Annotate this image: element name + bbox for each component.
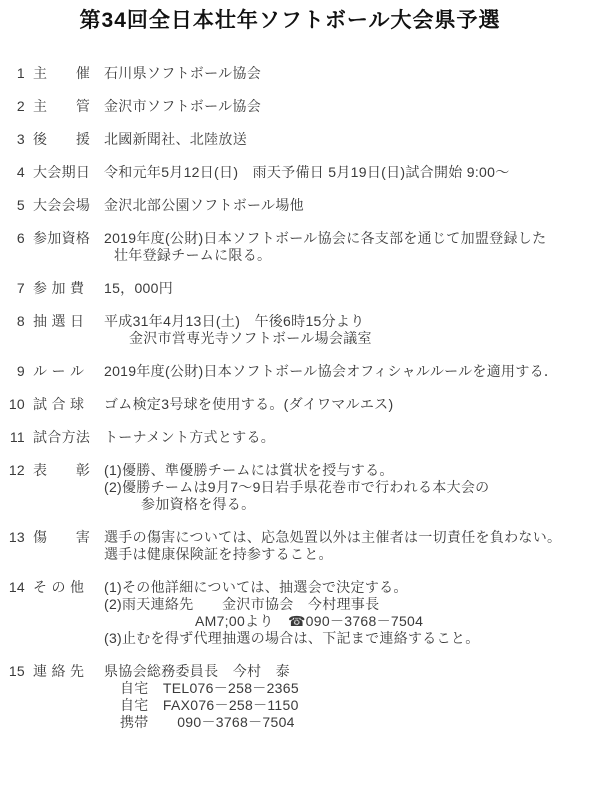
- page-title: 第34回全日本壮年ソフトボール大会県予選: [4, 7, 576, 35]
- content-line: 金沢市ソフトボール協会: [104, 98, 590, 115]
- item-label: 参 加 費: [33, 280, 104, 297]
- item-content: トーナメント方式とする。: [104, 429, 590, 446]
- doc-item: 5 大会会場 金沢北部公園ソフトボール場他: [4, 197, 590, 214]
- content-line: 金沢市営専光寺ソフトボール場会議室: [104, 330, 590, 347]
- content-line: 参加資格を得る。: [104, 496, 590, 513]
- item-content: 選手の傷害については、応急処置以外は主催者は一切責任を負わない。 選手は健康保険…: [104, 529, 590, 563]
- content-line: 選手の傷害については、応急処置以外は主催者は一切責任を負わない。: [104, 529, 590, 546]
- content-line: 金沢北部公園ソフトボール場他: [104, 197, 590, 214]
- content-line: ゴム検定3号球を使用する。(ダイワマルエス): [104, 396, 590, 413]
- doc-item: 1 主 催 石川県ソフトボール協会: [4, 65, 590, 82]
- content-line: 北國新聞社、北陸放送: [104, 131, 590, 148]
- content-line: 自宅 TEL076－258－2365: [104, 680, 590, 697]
- item-label: ル ー ル: [33, 363, 104, 380]
- item-number: 9: [4, 363, 25, 380]
- item-label: 試 合 球: [33, 396, 104, 413]
- item-content: 2019年度(公財)日本ソフトボール協会に各支部を通じて加盟登録した 壮年登録チ…: [104, 230, 590, 264]
- item-label: 連 絡 先: [33, 663, 104, 680]
- content-line: (2)雨天連絡先 金沢市協会 今村理事長: [104, 596, 590, 613]
- item-label: 試合方法: [33, 429, 104, 446]
- item-number: 6: [4, 230, 25, 247]
- item-label: 表 彰: [33, 462, 104, 479]
- item-content: 平成31年4月13日(土) 午後6時15分より 金沢市営専光寺ソフトボール場会議…: [104, 313, 590, 347]
- item-content: 15，000円: [104, 280, 590, 297]
- doc-item: 12 表 彰 (1)優勝、準優勝チームには賞状を授与する。 (2)優勝チームは9…: [4, 462, 590, 513]
- item-content: 石川県ソフトボール協会: [104, 65, 590, 82]
- doc-item: 14 そ の 他 (1)その他詳細については、抽選会で決定する。 (2)雨天連絡…: [4, 579, 590, 647]
- item-number: 15: [4, 663, 25, 680]
- content-line phone-line: AM7;00より ☎090－3768－7504: [104, 613, 590, 630]
- doc-item: 11 試合方法 トーナメント方式とする。: [4, 429, 590, 446]
- item-label: 主 催: [33, 65, 104, 82]
- content-line: 県協会総務委員長 今村 泰: [104, 663, 590, 680]
- doc-item: 9 ル ー ル 2019年度(公財)日本ソフトボール協会オフィシャルルールを適用…: [4, 363, 590, 380]
- content-line: 選手は健康保険証を持参すること。: [104, 546, 590, 563]
- content-line: (2)優勝チームは9月7～9日岩手県花巻市で行われる本大会の: [104, 479, 590, 496]
- item-number: 10: [4, 396, 25, 413]
- item-content: ゴム検定3号球を使用する。(ダイワマルエス): [104, 396, 590, 413]
- item-content: (1)その他詳細については、抽選会で決定する。 (2)雨天連絡先 金沢市協会 今…: [104, 579, 590, 647]
- item-number: 8: [4, 313, 25, 330]
- item-content: 2019年度(公財)日本ソフトボール協会オフィシャルルールを適用する．: [104, 363, 590, 380]
- item-list: 1 主 催 石川県ソフトボール協会 2 主 管 金沢市ソフトボール協会 3 後 …: [4, 65, 590, 731]
- content-line: 自宅 FAX076－258－1150: [104, 697, 590, 714]
- content-line: トーナメント方式とする。: [104, 429, 590, 446]
- item-number: 1: [4, 65, 25, 82]
- content-line: (1)その他詳細については、抽選会で決定する。: [104, 579, 590, 596]
- item-label: 大会期日: [33, 164, 104, 181]
- content-line: 2019年度(公財)日本ソフトボール協会に各支部を通じて加盟登録した: [104, 230, 590, 247]
- item-content: 金沢市ソフトボール協会: [104, 98, 590, 115]
- item-number: 7: [4, 280, 25, 297]
- content-line: 壮年登録チームに限る。: [104, 247, 590, 264]
- item-number: 12: [4, 462, 25, 479]
- item-content: 県協会総務委員長 今村 泰 自宅 TEL076－258－2365 自宅 FAX0…: [104, 663, 590, 731]
- content-line: 15，000円: [104, 280, 590, 297]
- item-label: そ の 他: [33, 579, 104, 596]
- content-line: 令和元年5月12日(日) 雨天予備日 5月19日(日)試合開始 9:00～: [104, 164, 590, 181]
- content-line: 2019年度(公財)日本ソフトボール協会オフィシャルルールを適用する．: [104, 363, 590, 380]
- content-line: 平成31年4月13日(土) 午後6時15分より: [104, 313, 590, 330]
- doc-item: 15 連 絡 先 県協会総務委員長 今村 泰 自宅 TEL076－258－236…: [4, 663, 590, 731]
- doc-item: 3 後 援 北國新聞社、北陸放送: [4, 131, 590, 148]
- doc-item: 6 参加資格 2019年度(公財)日本ソフトボール協会に各支部を通じて加盟登録し…: [4, 230, 590, 264]
- doc-item: 2 主 管 金沢市ソフトボール協会: [4, 98, 590, 115]
- item-label: 参加資格: [33, 230, 104, 247]
- doc-item: 4 大会期日 令和元年5月12日(日) 雨天予備日 5月19日(日)試合開始 9…: [4, 164, 590, 181]
- content-line: (1)優勝、準優勝チームには賞状を授与する。: [104, 462, 590, 479]
- item-label: 主 管: [33, 98, 104, 115]
- item-number: 4: [4, 164, 25, 181]
- item-number: 14: [4, 579, 25, 596]
- item-number: 11: [4, 429, 25, 446]
- item-content: (1)優勝、準優勝チームには賞状を授与する。 (2)優勝チームは9月7～9日岩手…: [104, 462, 590, 513]
- item-number: 5: [4, 197, 25, 214]
- item-number: 3: [4, 131, 25, 148]
- item-number: 2: [4, 98, 25, 115]
- doc-item: 8 抽 選 日 平成31年4月13日(土) 午後6時15分より 金沢市営専光寺ソ…: [4, 313, 590, 347]
- doc-item: 7 参 加 費 15，000円: [4, 280, 590, 297]
- item-label: 抽 選 日: [33, 313, 104, 330]
- document-page: 第34回全日本壮年ソフトボール大会県予選 1 主 催 石川県ソフトボール協会 2…: [0, 0, 600, 793]
- content-line: 石川県ソフトボール協会: [104, 65, 590, 82]
- item-content: 北國新聞社、北陸放送: [104, 131, 590, 148]
- item-label: 大会会場: [33, 197, 104, 214]
- content-line: 携帯 090－3768－7504: [104, 714, 590, 731]
- item-content: 金沢北部公園ソフトボール場他: [104, 197, 590, 214]
- doc-item: 13 傷 害 選手の傷害については、応急処置以外は主催者は一切責任を負わない。 …: [4, 529, 590, 563]
- item-label: 傷 害: [33, 529, 104, 546]
- doc-item: 10 試 合 球 ゴム検定3号球を使用する。(ダイワマルエス): [4, 396, 590, 413]
- item-content: 令和元年5月12日(日) 雨天予備日 5月19日(日)試合開始 9:00～: [104, 164, 590, 181]
- item-number: 13: [4, 529, 25, 546]
- content-line: (3)止むを得ず代理抽選の場合は、下記まで連絡すること。: [104, 630, 590, 647]
- item-label: 後 援: [33, 131, 104, 148]
